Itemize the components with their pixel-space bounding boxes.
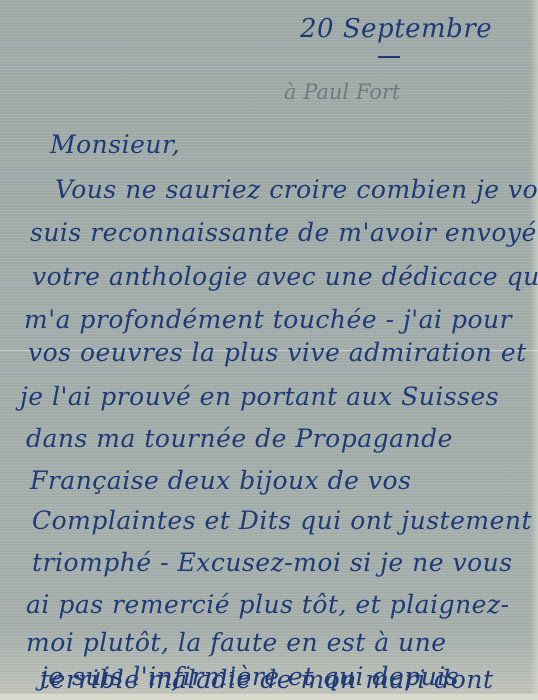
letter-line: je suis l'infirmière et qui depuis [40,662,459,691]
letter-page: 20 Septembre à Paul Fort Monsieur, Vous … [0,0,538,700]
letter-line: dans ma tournée de Propagande [26,424,453,453]
letter-line: Vous ne sauriez croire combien je vous [55,175,538,204]
date-underline [378,56,400,58]
paper-edge-bottom [0,694,538,700]
letter-line: suis reconnaissante de m'avoir envoyé [30,218,537,247]
salutation: Monsieur, [50,130,180,159]
letter-date: 20 Septembre [300,14,492,44]
letter-line: je l'ai prouvé en portant aux Suisses [20,382,499,411]
letter-line: Française deux bijoux de vos [30,466,411,495]
letter-line: moi plutôt, la faute en est à une [26,628,447,657]
pencil-annotation: à Paul Fort [284,80,400,104]
letter-line: votre anthologie avec une dédicace qui [32,262,538,291]
letter-line: ai pas remercié plus tôt, et plaignez- [26,590,510,619]
letter-line: triomphé - Excusez-moi si je ne vous [32,548,513,577]
letter-line: Complaintes et Dits qui ont justement [32,506,532,535]
letter-line: m'a profondément touchée - j'ai pour [24,305,512,334]
letter-line: vos oeuvres la plus vive admiration et [28,338,527,367]
